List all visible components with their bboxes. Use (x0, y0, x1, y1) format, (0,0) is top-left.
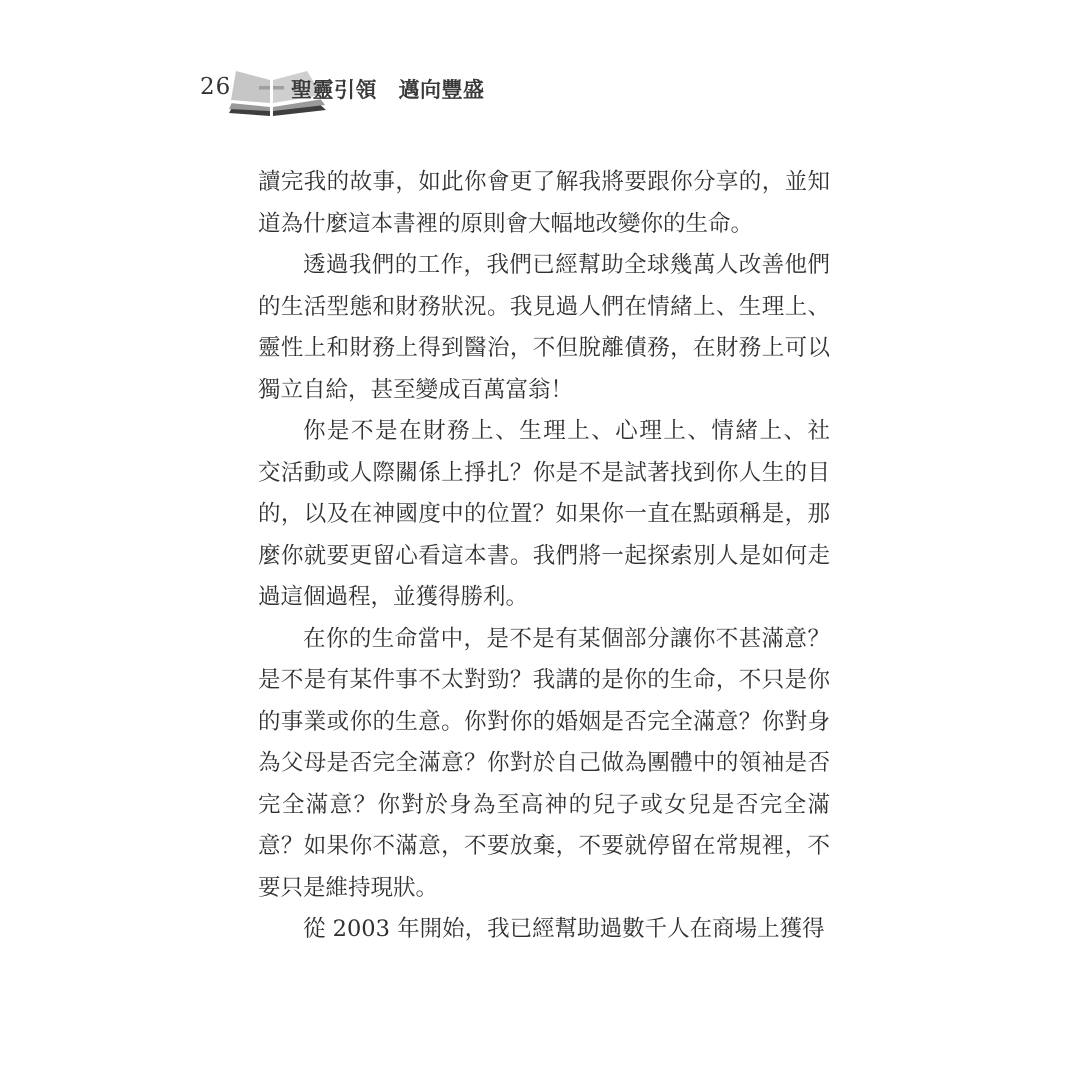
running-head-title: 聖靈引領 邁向豐盛 (291, 77, 485, 103)
body-text-line: 麼你就要更留心看這本書。我們將一起探索別人是如何走 (258, 536, 830, 578)
body-text-line: 的，以及在神國度中的位置？如果你一直在點頭稱是，那 (258, 494, 830, 536)
body-text-line: 過這個過程，並獲得勝利。 (258, 577, 830, 619)
body-text-line: 獨立自給，甚至變成百萬富翁！ (258, 370, 830, 412)
body-text-line: 從 2003 年開始，我已經幫助過數千人在商場上獲得 (258, 909, 830, 951)
body-text-line: 透過我們的工作，我們已經幫助全球幾萬人改善他們 (258, 245, 830, 287)
body-text-line: 為父母是否完全滿意？你對於自己做為團體中的領袖是否 (258, 743, 830, 785)
body-text-line: 意？如果你不滿意，不要放棄，不要就停留在常規裡，不 (258, 826, 830, 868)
book-page: 26 聖靈引領 邁向豐盛 讀完我的故事，如此你會更了解我將要跟你分享的，並知道為… (0, 0, 1080, 1080)
body-text-line: 你是不是在財務上、生理上、心理上、情緒上、社 (258, 411, 830, 453)
body-text-line: 讀完我的故事，如此你會更了解我將要跟你分享的，並知 (258, 162, 830, 204)
body-text-line: 交活動或人際關係上掙扎？你是不是試著找到你人生的目 (258, 453, 830, 495)
running-head: 26 聖靈引領 邁向豐盛 (0, 0, 1080, 140)
page-number: 26 (200, 74, 231, 100)
body-text-line: 靈性上和財務上得到醫治，不但脫離債務，在財務上可以 (258, 328, 830, 370)
body-text-line: 完全滿意？你對於身為至高神的兒子或女兒是否完全滿 (258, 785, 830, 827)
body-text-line: 是不是有某件事不太對勁？我講的是你的生命，不只是你 (258, 660, 830, 702)
page-body: 讀完我的故事，如此你會更了解我將要跟你分享的，並知道為什麼這本書裡的原則會大幅地… (258, 162, 830, 951)
body-text-line: 要只是維持現狀。 (258, 868, 830, 910)
body-text-line: 在你的生命當中，是不是有某個部分讓你不甚滿意？ (258, 619, 830, 661)
body-text-line: 道為什麼這本書裡的原則會大幅地改變你的生命。 (258, 204, 830, 246)
body-text-line: 的生活型態和財務狀況。我見過人們在情緒上、生理上、 (258, 287, 830, 329)
body-text-line: 的事業或你的生意。你對你的婚姻是否完全滿意？你對身 (258, 702, 830, 744)
